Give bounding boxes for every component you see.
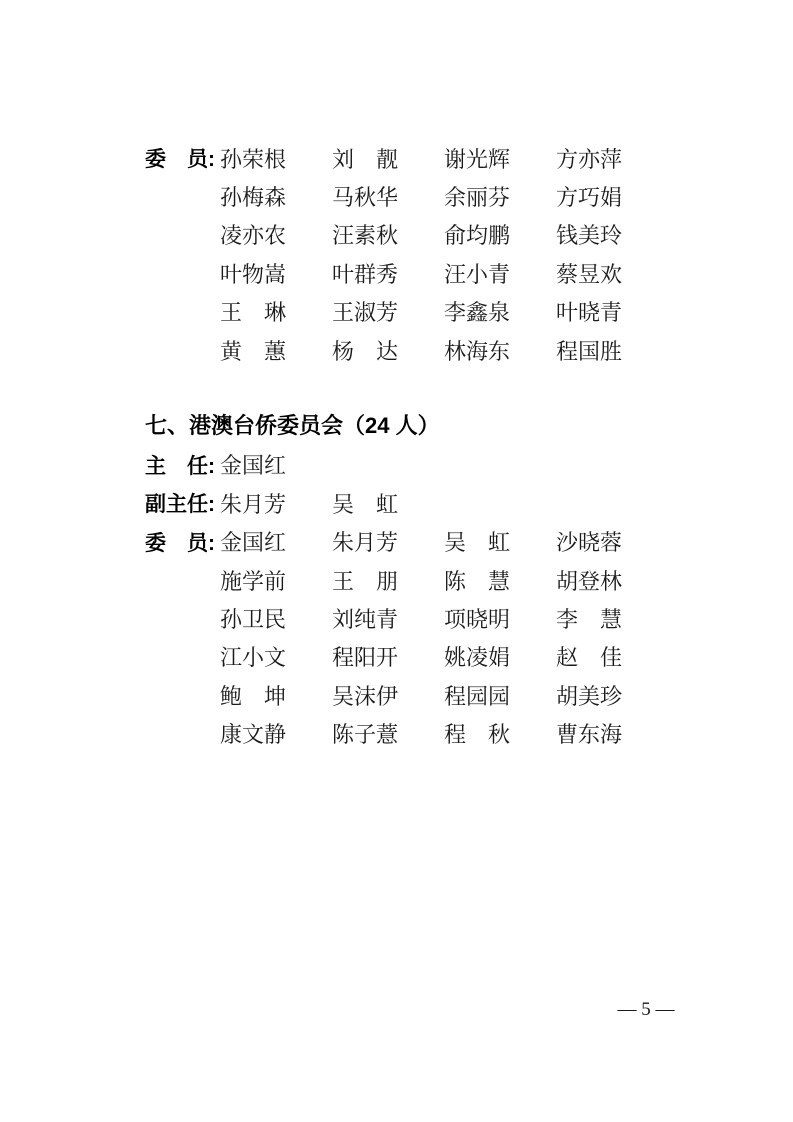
member-name: 杨 达 [332, 335, 444, 366]
member-row: 黄 蕙 杨 达 林海东 程国胜 [145, 331, 745, 369]
member-row: 施学前 王 朋 陈 慧 胡登林 [145, 561, 745, 599]
member-name: 余丽芬 [444, 181, 556, 212]
member-name: 叶群秀 [332, 258, 444, 289]
member-name: 刘 靓 [332, 143, 444, 174]
member-name: 程国胜 [556, 335, 622, 366]
vice-chair-label: 副主任: [145, 488, 220, 518]
page-number: — 5 — [586, 999, 706, 1021]
member-row: 鲍 坤 吴沫伊 程园园 胡美珍 [145, 676, 745, 714]
member-name: 胡美珍 [556, 680, 622, 711]
member-name: 王淑芳 [332, 296, 444, 327]
member-row: 孙梅森 马秋华 余丽芬 方巧娟 [145, 177, 745, 215]
member-name: 王 琳 [220, 296, 332, 327]
member-name: 程 秋 [444, 718, 556, 749]
member-name: 蔡昱欢 [556, 258, 622, 289]
member-name: 程园园 [444, 680, 556, 711]
member-name: 曹东海 [556, 718, 622, 749]
member-name: 汪小青 [444, 258, 556, 289]
member-name: 方亦萍 [556, 143, 622, 174]
member-name: 陈 慧 [444, 565, 556, 596]
member-name: 黄 蕙 [220, 335, 332, 366]
vice-chair-name: 朱月芳 [220, 488, 332, 519]
document-page: 委 员: 孙荣根 刘 靓 谢光辉 方亦萍 孙梅森 马秋华 余丽芬 方巧娟 凌亦农… [0, 0, 793, 1122]
member-name: 孙荣根 [220, 143, 332, 174]
member-row: 王 琳 王淑芳 李鑫泉 叶晓青 [145, 293, 745, 331]
member-name: 金国红 [220, 526, 332, 557]
member-name: 钱美玲 [556, 219, 622, 250]
member-name: 林海东 [444, 335, 556, 366]
member-name: 叶晓青 [556, 296, 622, 327]
member-name: 汪素秋 [332, 219, 444, 250]
member-name: 陈子薏 [332, 718, 444, 749]
member-name: 方巧娟 [556, 181, 622, 212]
member-name: 项晓明 [444, 603, 556, 634]
member-name: 刘纯青 [332, 603, 444, 634]
member-name: 胡登林 [556, 565, 622, 596]
member-row: 叶物嵩 叶群秀 汪小青 蔡昱欢 [145, 254, 745, 292]
members-label: 委 员: [145, 527, 220, 557]
member-row: 康文静 陈子薏 程 秋 曹东海 [145, 714, 745, 752]
member-name: 江小文 [220, 641, 332, 672]
member-row: 孙卫民 刘纯青 项晓明 李 慧 [145, 599, 745, 637]
member-name: 程阳开 [332, 641, 444, 672]
member-row: 委 员: 金国红 朱月芳 吴 虹 沙晓蓉 [145, 523, 745, 561]
member-name: 叶物嵩 [220, 258, 332, 289]
member-name: 李鑫泉 [444, 296, 556, 327]
member-name: 孙梅森 [220, 181, 332, 212]
member-row: 凌亦农 汪素秋 俞均鹏 钱美玲 [145, 216, 745, 254]
member-name: 李 慧 [556, 603, 622, 634]
member-name: 谢光辉 [444, 143, 556, 174]
section-heading: 七、港澳台侨委员会（24 人） [145, 407, 745, 445]
chair-label: 主 任: [145, 450, 220, 480]
member-name: 吴 虹 [444, 526, 556, 557]
chair-name: 金国红 [220, 449, 286, 480]
member-name: 赵 佳 [556, 641, 622, 672]
member-name: 吴沫伊 [332, 680, 444, 711]
member-row: 委 员: 孙荣根 刘 靓 谢光辉 方亦萍 [145, 139, 745, 177]
member-name: 姚凌娟 [444, 641, 556, 672]
member-name: 朱月芳 [332, 526, 444, 557]
vice-chair-row: 副主任: 朱月芳 吴 虹 [145, 484, 745, 522]
member-name: 王 朋 [332, 565, 444, 596]
chair-row: 主 任: 金国红 [145, 446, 745, 484]
vice-chair-name: 吴 虹 [332, 488, 398, 519]
members-label: 委 员: [145, 143, 220, 173]
member-name: 鲍 坤 [220, 680, 332, 711]
document-content: 委 员: 孙荣根 刘 靓 谢光辉 方亦萍 孙梅森 马秋华 余丽芬 方巧娟 凌亦农… [145, 139, 745, 753]
member-row: 江小文 程阳开 姚凌娟 赵 佳 [145, 638, 745, 676]
member-name: 凌亦农 [220, 219, 332, 250]
member-name: 马秋华 [332, 181, 444, 212]
member-name: 施学前 [220, 565, 332, 596]
member-name: 沙晓蓉 [556, 526, 622, 557]
member-name: 俞均鹏 [444, 219, 556, 250]
member-name: 康文静 [220, 718, 332, 749]
member-name: 孙卫民 [220, 603, 332, 634]
